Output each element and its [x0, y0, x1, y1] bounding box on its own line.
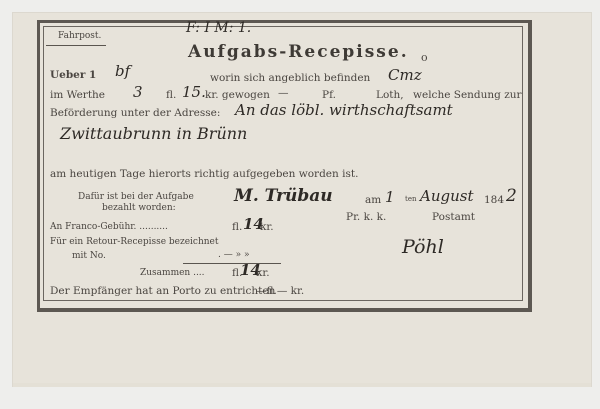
- befoerderung-label: Beförderung unter der Adresse:: [50, 107, 220, 119]
- address-line-1: An das löbl. wirthschaftsamt: [235, 101, 453, 119]
- retour-label-line-1: Für ein Retour-Recepisse bezeichnet: [50, 237, 219, 247]
- retour-value: . — » »: [218, 250, 249, 260]
- pf-label: Pf.: [322, 89, 336, 101]
- payment-intro-line-2: bezahlt worden:: [102, 203, 176, 213]
- payment-intro-line-1: Dafür ist bei der Aufgabe: [78, 192, 194, 202]
- welche-label: welche Sendung zur: [413, 89, 522, 101]
- postamt-label: Postamt: [432, 211, 475, 223]
- ten-label: ten: [405, 195, 416, 203]
- sum-rule: [183, 263, 281, 264]
- werthe-label: im Werthe: [50, 89, 105, 101]
- document-title: Aufgabs-Recepisse.: [188, 42, 409, 62]
- ueber-label: Ueber 1: [50, 69, 96, 81]
- retour-label-line-2: mit No.: [72, 251, 106, 261]
- month-value: August: [420, 187, 473, 205]
- ueber-value: bf: [115, 62, 130, 80]
- day-value: 1: [385, 188, 395, 206]
- address-line-2: Zwittaubrunn in Brünn: [60, 124, 247, 143]
- place-value: M. Trübau: [234, 186, 333, 206]
- service-label: Fahrpost.: [58, 31, 101, 41]
- weight-dash: —: [278, 87, 289, 99]
- werthe-kr-unit: kr. gewogen: [205, 89, 270, 101]
- year-printed: 184: [484, 194, 504, 206]
- mark-circle: o: [421, 51, 428, 64]
- werthe-kr-value: 15.: [182, 83, 206, 101]
- franco-fl-unit: fl.: [232, 221, 242, 233]
- aufgegeben-label: am heutigen Tage hierorts richtig aufgeg…: [50, 168, 358, 180]
- franco-kr-unit: kr.: [260, 221, 274, 233]
- handwritten-reference: F: I M: 1.: [186, 20, 251, 36]
- werthe-fl-unit: fl.: [166, 89, 176, 101]
- zusammen-label: Zusammen ....: [140, 268, 205, 278]
- pr-kk-label: Pr. k. k.: [346, 211, 386, 223]
- year-handwritten: 2: [506, 186, 517, 206]
- werthe-fl-value: 3: [133, 83, 143, 101]
- franco-label: An Franco-Gebühr. ..........: [50, 222, 168, 232]
- am-label: am: [365, 194, 381, 206]
- service-label-underline: [46, 45, 106, 46]
- postmaster-signature: Pöhl: [402, 236, 444, 258]
- porto-label: Der Empfänger hat an Porto zu entrichten: [50, 285, 275, 297]
- worin-value: Cmz: [388, 66, 422, 84]
- zusammen-kr-unit: kr.: [256, 267, 270, 279]
- worin-label: worin sich angeblich befinden: [210, 72, 370, 84]
- loth-label: Loth,: [376, 89, 404, 101]
- paper-torn-edge: [13, 383, 591, 387]
- porto-value: —fl.— kr.: [256, 285, 304, 297]
